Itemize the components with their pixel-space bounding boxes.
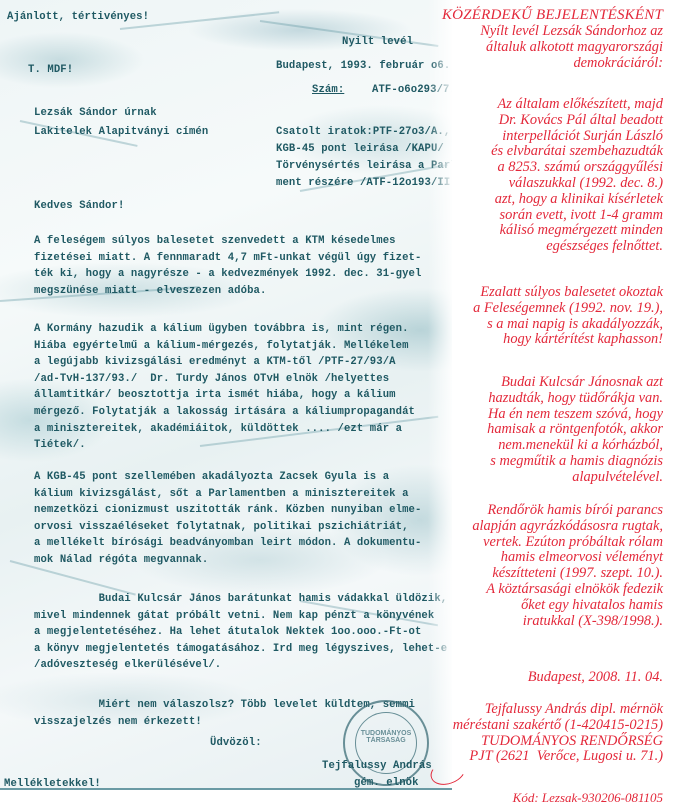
text-line: /ad-TvH-137/93./ Dr. Turdy János OTvH el… bbox=[34, 371, 415, 388]
text-line: a minisztereitek, akadémiáitok, küldötte… bbox=[34, 421, 415, 438]
text-line: őket egy hivatalos hamis bbox=[472, 598, 663, 614]
registered-mail-note: Ajánlott, tértivényes! bbox=[7, 9, 149, 26]
attached-documents-list: Csatolt iratok:PTF-27o3/A., KGB-45 pont … bbox=[276, 124, 452, 192]
text-line: TUDOMÁNYOS RENDŐRSÉG bbox=[453, 734, 663, 750]
paragraph-2: A Kormány hazudik a kálium ügyben tovább… bbox=[34, 321, 415, 454]
text-line: A Kormány hazudik a kálium ügyben tovább… bbox=[34, 321, 415, 338]
annotation-block-4: Rendőrök hamis bírói parancs alapján agy… bbox=[472, 503, 663, 629]
text-line: /adóveszteség elkerülésével/. bbox=[34, 657, 447, 674]
text-line: vertek. Ezúton próbáltak rólam bbox=[472, 535, 663, 551]
text-line: hogy kártérítést kaphasson! bbox=[473, 332, 663, 348]
text-line: Dr. Kovács Pál által beadott bbox=[491, 113, 663, 129]
text-line: mivel mindennek gátat próbált vetni. Nem… bbox=[34, 608, 447, 625]
text-line: s megműtik a hamis diagnózis bbox=[487, 454, 663, 470]
text-line: PJT (2621 Verőce, Lugosi u. 71.) bbox=[453, 749, 663, 765]
text-line: általuk alkotott magyarországi bbox=[480, 40, 663, 56]
text-line: Az általam előkészített, majd bbox=[491, 97, 663, 113]
annotation-place-date: Budapest, 2008. 11. 04. bbox=[528, 670, 663, 686]
text-line: nemzetközi cionizmust uszitották ránk. K… bbox=[34, 502, 421, 519]
text-line: államtitkár/ beosztottja irta ismét hiáb… bbox=[34, 387, 415, 404]
text-line: hamis elmeorvosi véleményt bbox=[472, 550, 663, 566]
recipient-address: Lakitelek Alapitványi címén bbox=[34, 124, 208, 141]
text-line: kálisó megmérgezett minden bbox=[491, 223, 663, 239]
text-line: méréstani szakértő (1-420415-0215) bbox=[453, 718, 663, 734]
subject-line: KGB-45 pont leirása /KAPU/ bbox=[276, 141, 452, 158]
text-line: mérgező. Folytatják a lakosság irtására … bbox=[34, 404, 415, 421]
text-line: nem.menekül ki a kórházból, bbox=[487, 438, 663, 454]
stamp-text: TUDOMÁNYOS TÁRSASÁG bbox=[353, 730, 419, 744]
text-line: Budai Kulcsár Jánosnak azt bbox=[487, 375, 663, 391]
text-line: Budai Kulcsár János barátunkat hamis vád… bbox=[34, 591, 447, 608]
subject-line: Törvénysértés leirása a Parla- bbox=[276, 158, 452, 175]
recipient-name: Lezsák Sándor úrnak bbox=[34, 105, 157, 122]
annotation-intro: Nyílt levél Lezsák Sándorhoz az általuk … bbox=[480, 24, 663, 71]
subject-line: Csatolt iratok:PTF-27o3/A., bbox=[276, 124, 452, 141]
text-line: egészséges felnőttet. bbox=[491, 239, 663, 255]
letter-title: Nyilt levél bbox=[342, 34, 413, 51]
text-line: azt, hogy a klinikai kísérletek bbox=[491, 192, 663, 208]
text-line: interpellációt Surján László bbox=[491, 129, 663, 145]
text-line: Tiétek/. bbox=[34, 437, 415, 454]
text-line: Tejfalussy András dipl. mérnök bbox=[453, 702, 663, 718]
text-line: és elvbarátai szembehazudták bbox=[491, 144, 663, 160]
letter-date: Budapest, 1993. február o6. bbox=[276, 58, 450, 75]
subject-line: ment részére /ATF-12o193/II./ bbox=[276, 175, 452, 192]
text-line: során evett, ivott 1-4 gramm bbox=[491, 208, 663, 224]
text-line: a könyv megjelentetés támogatásához. Ird… bbox=[34, 641, 447, 658]
scanned-letter: Ajánlott, tértivényes! Nyilt levél Budap… bbox=[0, 0, 452, 790]
signature-title: gém. elnök bbox=[354, 775, 419, 790]
text-line: Hiába egyértelmű a kálium-mérgezés, foly… bbox=[34, 338, 415, 355]
text-line: s a mai napig is akadályozzák, bbox=[473, 317, 663, 333]
text-line: demokráciáról: bbox=[480, 56, 663, 72]
text-line: megszünése miatt - elveszezen adóba. bbox=[34, 283, 421, 300]
closing: Üdvözöl: bbox=[210, 735, 262, 752]
text-line: a megjelentetéséhez. Ha lehet átutalok N… bbox=[34, 624, 447, 641]
addressee-salutation: T. MDF! bbox=[28, 62, 73, 79]
paragraph-4: Budai Kulcsár János barátunkat hamis vád… bbox=[34, 591, 447, 674]
annotation-code: Kód: Lezsak-930206-081105 bbox=[513, 790, 663, 806]
text-line: fizetései miatt. A fennmaradt 4,7 mFt-un… bbox=[34, 250, 421, 267]
text-line: a mellékelt bírósági beadványomban leirt… bbox=[34, 535, 421, 552]
attachments-note: Mellékletekkel! bbox=[4, 776, 101, 790]
text-line: válaszukkal (1992. dec. 8.) bbox=[491, 176, 663, 192]
annotation-block-1: Az általam előkészített, majd Dr. Kovács… bbox=[491, 97, 663, 255]
text-line: iratukkal (X-398/1998.). bbox=[472, 614, 663, 630]
paragraph-1: A feleségem súlyos balesetet szenvedett … bbox=[34, 233, 421, 299]
paragraph-3: A KGB-45 pont szellemében akadályozta Za… bbox=[34, 469, 421, 569]
text-line: orvosi visszaéléseket folytatnak, politi… bbox=[34, 519, 421, 536]
text-line: kálium kivizsgálást, sőt a Parlamentben … bbox=[34, 486, 421, 503]
text-line: hazudták, hogy tüdőrákja van. bbox=[487, 391, 663, 407]
text-line: a Feleségemnek (1992. nov. 19.), bbox=[473, 301, 663, 317]
text-line: Ezalatt súlyos balesetet okoztak bbox=[473, 285, 663, 301]
text-line: hamisak a röntgenfotók, akkor bbox=[487, 422, 663, 438]
text-line: készítteteni (1997. szept. 10.). bbox=[472, 566, 663, 582]
number-value: ATF-o6o293/7. bbox=[372, 82, 452, 99]
text-line: a legújabb kivizsgálási eredményt a KTM-… bbox=[34, 354, 415, 371]
annotation-block-2: Ezalatt súlyos balesetet okoztak a Feles… bbox=[473, 285, 663, 348]
text-line: alapulvételével. bbox=[487, 470, 663, 486]
annotation-block-3: Budai Kulcsár Jánosnak azt hazudták, hog… bbox=[487, 375, 663, 486]
text-line: ték ki, hogy a nagyrésze - a kedvezménye… bbox=[34, 266, 421, 283]
text-line: A köztársasági elnökök fedezik bbox=[472, 582, 663, 598]
annotation-title: KÖZÉRDEKŰ BEJELENTÉSKÉNT bbox=[442, 8, 663, 24]
text-line: Ha én nem teszem szóvá, hogy bbox=[487, 407, 663, 423]
greeting: Kedves Sándor! bbox=[34, 198, 124, 215]
text-line: a 8253. számú országgyűlési bbox=[491, 160, 663, 176]
text-line: mok Nálad régóta megvannak. bbox=[34, 552, 421, 569]
number-label: Szám: bbox=[312, 82, 344, 99]
text-line: A KGB-45 pont szellemében akadályozta Za… bbox=[34, 469, 421, 486]
signature-name: Tejfalussy András bbox=[322, 758, 432, 775]
text-line: A feleségem súlyos balesetet szenvedett … bbox=[34, 233, 421, 250]
text-line: Nyílt levél Lezsák Sándorhoz az bbox=[480, 24, 663, 40]
annotation-signature: Tejfalussy András dipl. mérnök méréstani… bbox=[453, 702, 663, 765]
text-line: Rendőrök hamis bírói parancs bbox=[472, 503, 663, 519]
text-line: alapján agyrázkódásosra rugtak, bbox=[472, 519, 663, 535]
